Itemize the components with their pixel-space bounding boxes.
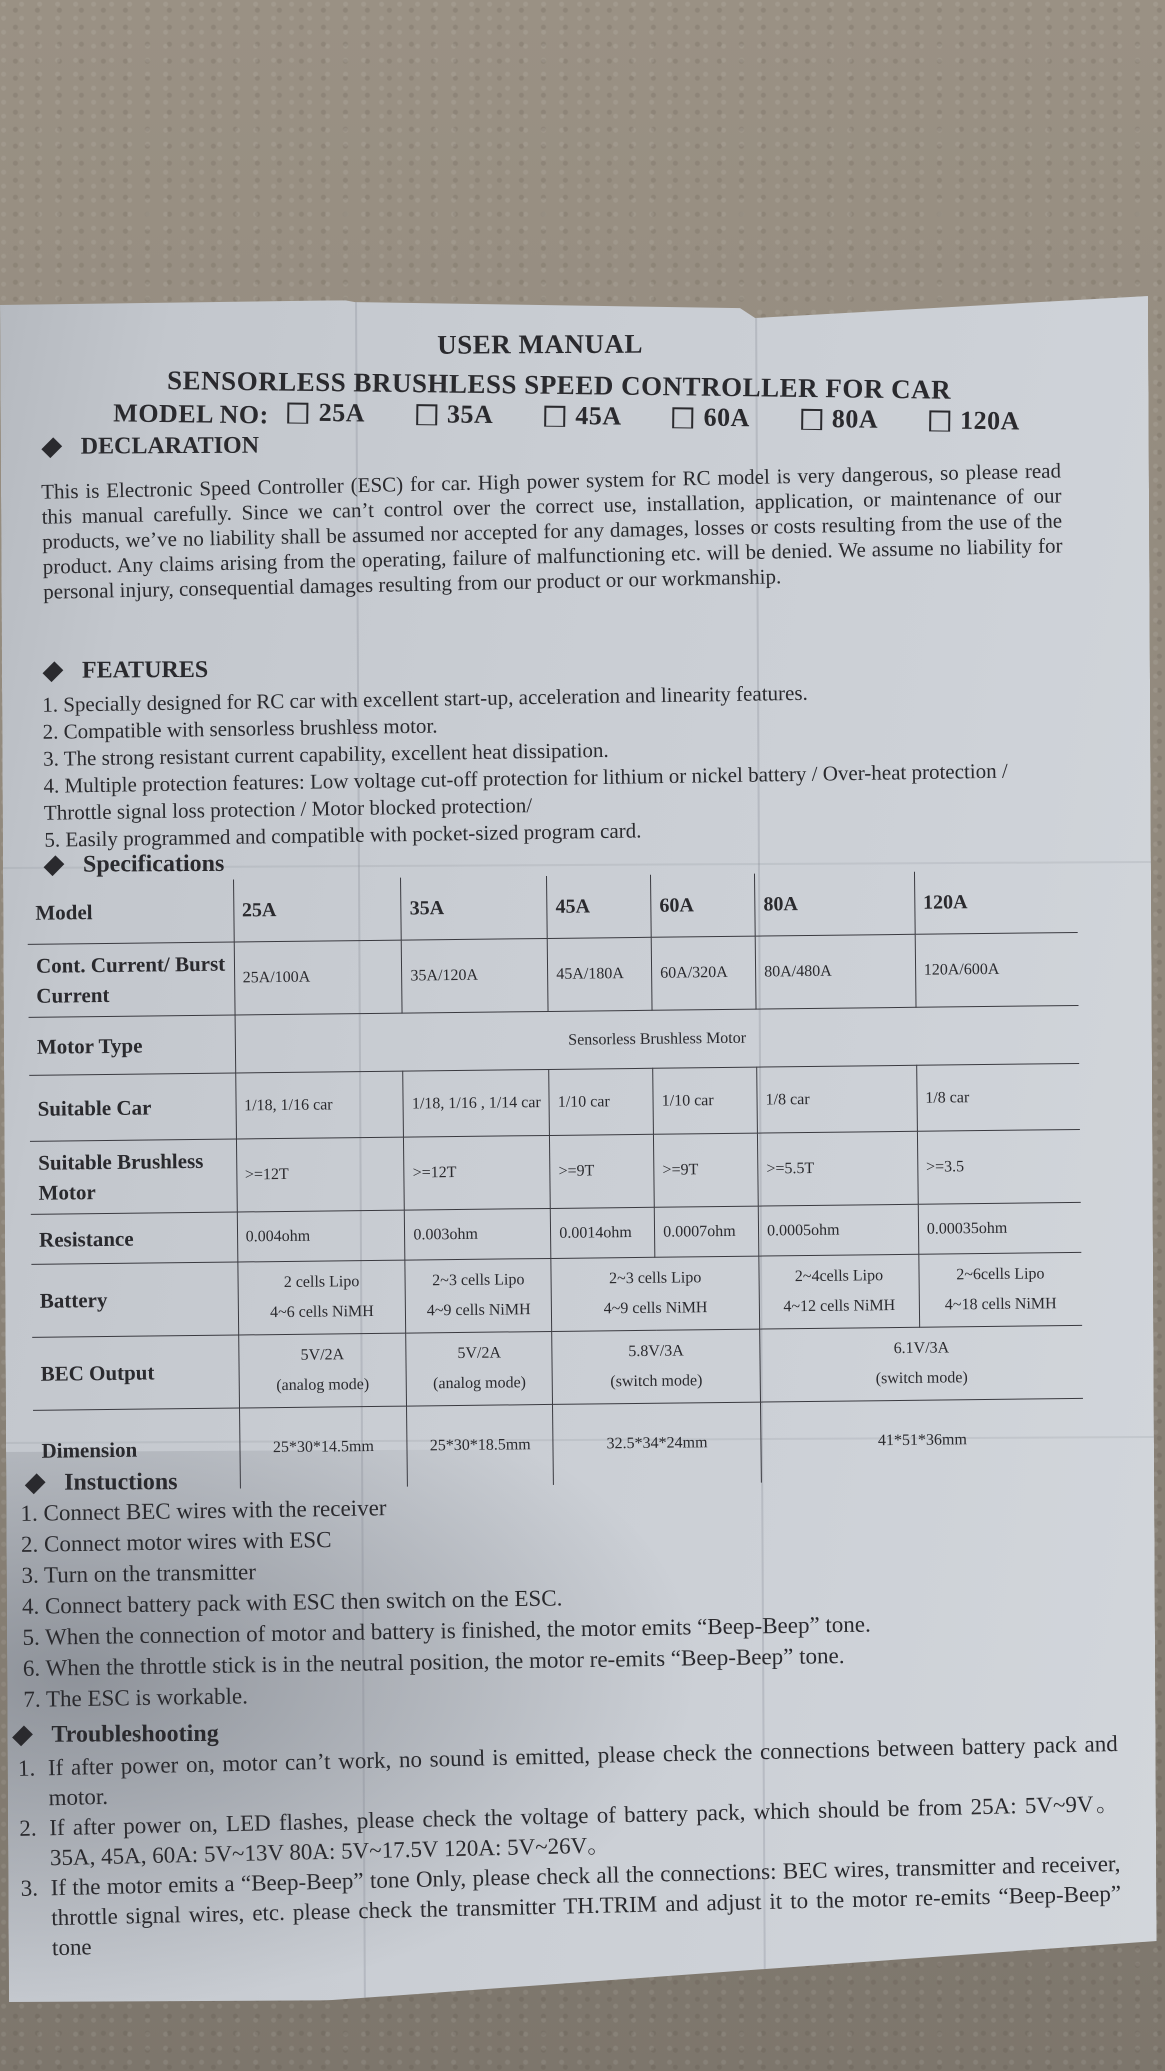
manual-content: USER MANUAL SENSORLESS BRUSHLESS SPEED C… [0,296,1148,302]
diamond-bullet-icon [43,661,64,682]
table-cell: 41*51*36mm [761,1398,1084,1482]
row-header: Cont. Current/ Burst Current [28,942,235,1017]
troubleshooting-heading: Troubleshooting [15,1721,218,1749]
model-option-25a: 25A [288,398,366,429]
table-cell: >=5.5T [757,1131,917,1206]
column-header: 35A [401,876,548,940]
table-cell: 5.8V/3A(switch mode) [552,1329,761,1404]
instructions-heading: Instuctions [28,1469,178,1497]
table-cell: 1/8 car [916,1063,1080,1131]
features-heading: FEATURES [46,657,208,685]
checkbox-icon [672,407,693,428]
troubleshooting-list: 1.If after power on, motor can’t work, n… [18,1729,1122,1964]
table-cell: 6.1V/3A(switch mode) [760,1325,1083,1402]
table-cell: 2 cells Lipo4~6 cells NiMH [237,1260,406,1335]
table-cell: 45A/180A [547,937,652,1011]
specifications-table: Model 25A 35A 45A 60A 80A 120A Cont. Cur… [27,870,1084,1490]
declaration-text: This is Electronic Speed Controller (ESC… [41,458,1063,604]
manual-sheet: USER MANUAL SENSORLESS BRUSHLESS SPEED C… [0,296,1157,2002]
row-header: Resistance [31,1212,238,1264]
table-cell: 0.0005ohm [758,1204,918,1256]
row-header: BEC Output [32,1335,239,1410]
table-cell: 2~6cells Lipo4~18 cells NiMH [919,1252,1083,1327]
checkbox-icon [544,405,565,426]
table-cell: 120A/600A [915,932,1079,1007]
table-cell: 2~3 cells Lipo4~9 cells NiMH [551,1256,760,1331]
model-option-120a: 120A [929,405,1020,436]
table-cell: >=3.5 [917,1129,1081,1204]
table-cell: >=9T [654,1133,759,1207]
table-cell: 0.0007ohm [654,1206,758,1257]
table-row-dimension: Dimension 25*30*14.5mm 25*30*18.5mm 32.5… [33,1398,1084,1490]
table-cell: 1/10 car [549,1068,654,1135]
column-header: 120A [914,870,1077,934]
specifications-heading: Specifications [47,851,224,879]
table-cell: >=9T [550,1134,655,1208]
table-cell: 25*30*14.5mm [239,1406,408,1488]
checkbox-icon [929,410,950,431]
table-cell: 0.004ohm [237,1210,405,1262]
table-row-suitable-motor: Suitable Brushless Motor >=12T >=12T >=9… [30,1129,1081,1214]
checkbox-icon [801,408,822,429]
table-cell: 5V/2A(analog mode) [406,1331,553,1406]
table-cell: 1/8 car [757,1065,917,1133]
table-cell: >=12T [236,1137,405,1212]
row-header: Suitable Brushless Motor [30,1139,237,1214]
table-cell: Sensorless Brushless Motor [235,1005,1080,1073]
table-cell: 32.5*34*24mm [553,1402,762,1484]
manual-title: USER MANUAL [437,329,643,361]
row-header: Motor Type [29,1015,236,1075]
table-cell: 2~4cells Lipo4~12 cells NiMH [759,1254,919,1329]
diamond-bullet-icon [12,1725,33,1746]
table-row-bec: BEC Output 5V/2A(analog mode) 5V/2A(anal… [32,1325,1083,1410]
table-cell: 5V/2A(analog mode) [238,1333,407,1408]
model-option-80a: 80A [801,404,879,435]
table-cell: 25A/100A [234,940,403,1015]
row-header: Battery [31,1262,238,1337]
diamond-bullet-icon [25,1473,46,1494]
table-row-model: Model 25A 35A 45A 60A 80A 120A [27,870,1078,944]
model-option-35a: 35A [416,399,494,430]
table-cell: >=12T [404,1135,551,1210]
row-header: Model [27,880,234,945]
column-header: 80A [755,872,915,936]
instructions-list: 1. Connect BEC wires with the receiver 2… [20,1482,1053,1715]
model-option-60a: 60A [672,402,750,433]
table-row-battery: Battery 2 cells Lipo4~6 cells NiMH 2~3 c… [31,1252,1082,1337]
model-option-45a: 45A [544,401,622,432]
table-cell: 80A/480A [755,934,915,1009]
declaration-heading: DECLARATION [45,433,259,461]
column-header: 60A [651,874,756,938]
table-row-suitable-car: Suitable Car 1/18, 1/16 car 1/18, 1/16 ,… [29,1063,1080,1141]
table-cell: 2~3 cells Lipo4~9 cells NiMH [405,1258,552,1333]
table-cell: 0.00035ohm [918,1202,1081,1254]
column-header: 45A [547,875,652,939]
features-list: 1. Specially designed for RC car with ex… [42,676,1074,854]
table-row-current: Cont. Current/ Burst Current 25A/100A 35… [28,932,1079,1017]
table-cell: 35A/120A [402,938,549,1013]
table-cell: 1/18, 1/16 , 1/14 car [403,1069,550,1137]
model-number-label: MODEL NO: [113,398,269,429]
table-cell: 0.0014ohm [550,1207,654,1258]
checkbox-icon [416,404,437,425]
table-cell: 1/10 car [653,1067,758,1134]
table-cell: 60A/320A [651,936,756,1010]
table-cell: 25*30*18.5mm [407,1404,554,1486]
column-header: 25A [233,878,401,942]
table-cell: 1/18, 1/16 car [235,1071,404,1139]
row-header: Suitable Car [29,1073,236,1141]
diamond-bullet-icon [41,437,62,458]
checkbox-icon [288,402,309,423]
diamond-bullet-icon [44,855,65,876]
table-cell: 0.003ohm [405,1208,551,1260]
